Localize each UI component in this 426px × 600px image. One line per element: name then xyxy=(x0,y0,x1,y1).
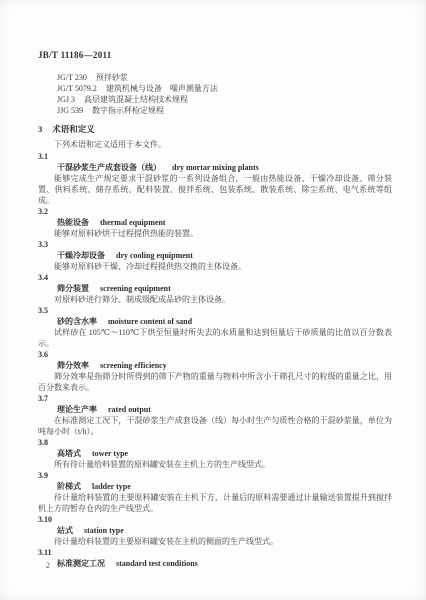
term-title-zh: 筛分效率 xyxy=(57,361,89,370)
term-title-en: ladder type xyxy=(92,482,131,491)
term-title-zh: 干燥冷却设备 xyxy=(57,251,105,260)
term-number: 3.4 xyxy=(38,272,392,283)
reference-item: JG/T 230预拌砂浆 xyxy=(57,72,392,83)
reference-title: 数字指示秤检定规程 xyxy=(92,106,164,115)
document-page: JB/T 11186—2011 JG/T 230预拌砂浆 JG/T 5079.2… xyxy=(0,0,426,600)
reference-title: 建筑机械与设备 噪声测量方法 xyxy=(106,84,218,93)
clause-number: 3 xyxy=(38,124,42,134)
term-definition: 能够对原料砂干燥、冷却过程提供热交换的主体设备。 xyxy=(38,261,392,272)
term-entry: 3.3 干燥冷却设备dry cooling equipment 能够对原料砂干燥… xyxy=(38,239,392,272)
term-title: 砂的含水率moisture content of sand xyxy=(57,316,392,327)
term-definition: 筛分效率是指筛分时所得到的筛下产物的重量与物料中所含小于筛孔尺寸的粒级的重量之比… xyxy=(38,371,392,393)
term-definition: 能够完成生产规定要求干混砂浆的一系列设备组合，一般由热能设备、干燥冷却设备、筛分… xyxy=(38,173,392,206)
term-title: 筛分效率screening efficiency xyxy=(57,360,392,371)
reference-code: JG/T 5079.2 xyxy=(57,84,97,93)
term-title-en: dry cooling equipment xyxy=(116,251,193,260)
term-entry: 3.1 干混砂浆生产成套设备（线）dry mortar mixing plant… xyxy=(38,151,392,206)
term-entry: 3.9 阶梯式ladder type 待计量给料装置的主要原料罐安装在主机下方，… xyxy=(38,470,392,514)
term-number: 3.1 xyxy=(38,151,392,162)
term-number: 3.8 xyxy=(38,437,392,448)
term-title: 筛分装置screening equipment xyxy=(57,283,392,294)
term-entry: 3.11 标准测定工况standard test conditions xyxy=(38,547,392,569)
term-title-en: screening equipment xyxy=(100,284,171,293)
term-number: 3.2 xyxy=(38,206,392,217)
term-title-zh: 理论生产率 xyxy=(57,405,97,414)
term-title-zh: 阶梯式 xyxy=(57,482,81,491)
reference-item: JGJ 3高层建筑混凝土结构技术规程 xyxy=(57,94,392,105)
normative-references-list: JG/T 230预拌砂浆 JG/T 5079.2建筑机械与设备 噪声测量方法 J… xyxy=(57,72,392,116)
term-title: 干混砂浆生产成套设备（线）dry mortar mixing plants xyxy=(57,162,392,173)
clause-title: 术语和定义 xyxy=(52,124,95,134)
term-definition: 待计量给料装置的主要原料罐安装在主机的侧面的生产线型式。 xyxy=(38,536,392,547)
term-definition: 所有待计量给料装置的原料罐安装在主机上方的生产线型式。 xyxy=(38,459,392,470)
term-title-zh: 干混砂浆生产成套设备（线） xyxy=(57,163,161,172)
document-code-header: JB/T 11186—2011 xyxy=(38,50,392,60)
reference-title: 高层建筑混凝土结构技术规程 xyxy=(84,95,188,104)
term-title: 标准测定工况standard test conditions xyxy=(57,558,392,569)
term-title: 站式station type xyxy=(57,525,392,536)
term-definition: 待计量给料装置的主要原料罐安装在主机下方，计量后的原料需要通过计量输送装置提升到… xyxy=(38,492,392,514)
term-number: 3.11 xyxy=(38,547,392,558)
term-number: 3.9 xyxy=(38,470,392,481)
term-title: 热能设备thermal equipment xyxy=(57,217,392,228)
term-title-zh: 筛分装置 xyxy=(57,284,89,293)
reference-item: JG/T 5079.2建筑机械与设备 噪声测量方法 xyxy=(57,83,392,94)
term-title-zh: 热能设备 xyxy=(57,218,89,227)
reference-item: JJG 539数字指示秤检定规程 xyxy=(57,105,392,116)
page-number: 2 xyxy=(46,561,50,570)
term-entry: 3.8 高塔式tower type 所有待计量给料装置的原料罐安装在主机上方的生… xyxy=(38,437,392,470)
term-number: 3.6 xyxy=(38,349,392,360)
term-title: 干燥冷却设备dry cooling equipment xyxy=(57,250,392,261)
term-entry: 3.5 砂的含水率moisture content of sand 试样砂在 1… xyxy=(38,305,392,349)
term-title-en: station type xyxy=(84,526,124,535)
term-number: 3.3 xyxy=(38,239,392,250)
reference-code: JJG 539 xyxy=(57,106,83,115)
term-number: 3.7 xyxy=(38,393,392,404)
term-entry: 3.2 热能设备thermal equipment 能够对原料砂烘干过程提供热能… xyxy=(38,206,392,239)
term-title-en: screening efficiency xyxy=(100,361,167,370)
term-definition: 对原料砂进行筛分、制成级配成品砂的主体设备。 xyxy=(38,294,392,305)
term-title: 高塔式tower type xyxy=(57,448,392,459)
term-title-zh: 站式 xyxy=(57,526,73,535)
term-title-en: thermal equipment xyxy=(100,218,166,227)
term-number: 3.5 xyxy=(38,305,392,316)
term-title-en: standard test conditions xyxy=(116,559,198,568)
term-entry: 3.6 筛分效率screening efficiency 筛分效率是指筛分时所得… xyxy=(38,349,392,393)
reference-title: 预拌砂浆 xyxy=(96,73,128,82)
term-entry: 3.7 理论生产率rated output 在标准测定工况下，干混砂浆生产成套设… xyxy=(38,393,392,437)
term-title-en: moisture content of sand xyxy=(108,317,192,326)
term-title-zh: 砂的含水率 xyxy=(57,317,97,326)
term-title-zh: 标准测定工况 xyxy=(57,559,105,568)
clause-heading: 3术语和定义 xyxy=(38,124,392,135)
term-entry: 3.4 筛分装置screening equipment 对原料砂进行筛分、制成级… xyxy=(38,272,392,305)
reference-code: JG/T 230 xyxy=(57,73,87,82)
term-entry: 3.10 站式station type 待计量给料装置的主要原料罐安装在主机的侧… xyxy=(38,514,392,547)
term-title: 阶梯式ladder type xyxy=(57,481,392,492)
term-title-zh: 高塔式 xyxy=(57,449,81,458)
reference-code: JGJ 3 xyxy=(57,95,75,104)
term-definition: 试样砂在 105℃～110℃下烘至恒量时所失去的水质量和达到恒量后干砂质量的比值… xyxy=(38,327,392,349)
term-title-en: rated output xyxy=(108,405,151,414)
term-definition: 在标准测定工况下，干混砂浆生产成套设备（线）每小时生产匀质性合格的干混砂浆量，单… xyxy=(38,415,392,437)
term-number: 3.10 xyxy=(38,514,392,525)
term-title: 理论生产率rated output xyxy=(57,404,392,415)
term-title-en: dry mortar mixing plants xyxy=(172,163,259,172)
clause-intro: 下列术语和定义适用于本文件。 xyxy=(38,139,392,150)
term-definition: 能够对原料砂烘干过程提供热能的装置。 xyxy=(38,228,392,239)
term-title-en: tower type xyxy=(92,449,128,458)
